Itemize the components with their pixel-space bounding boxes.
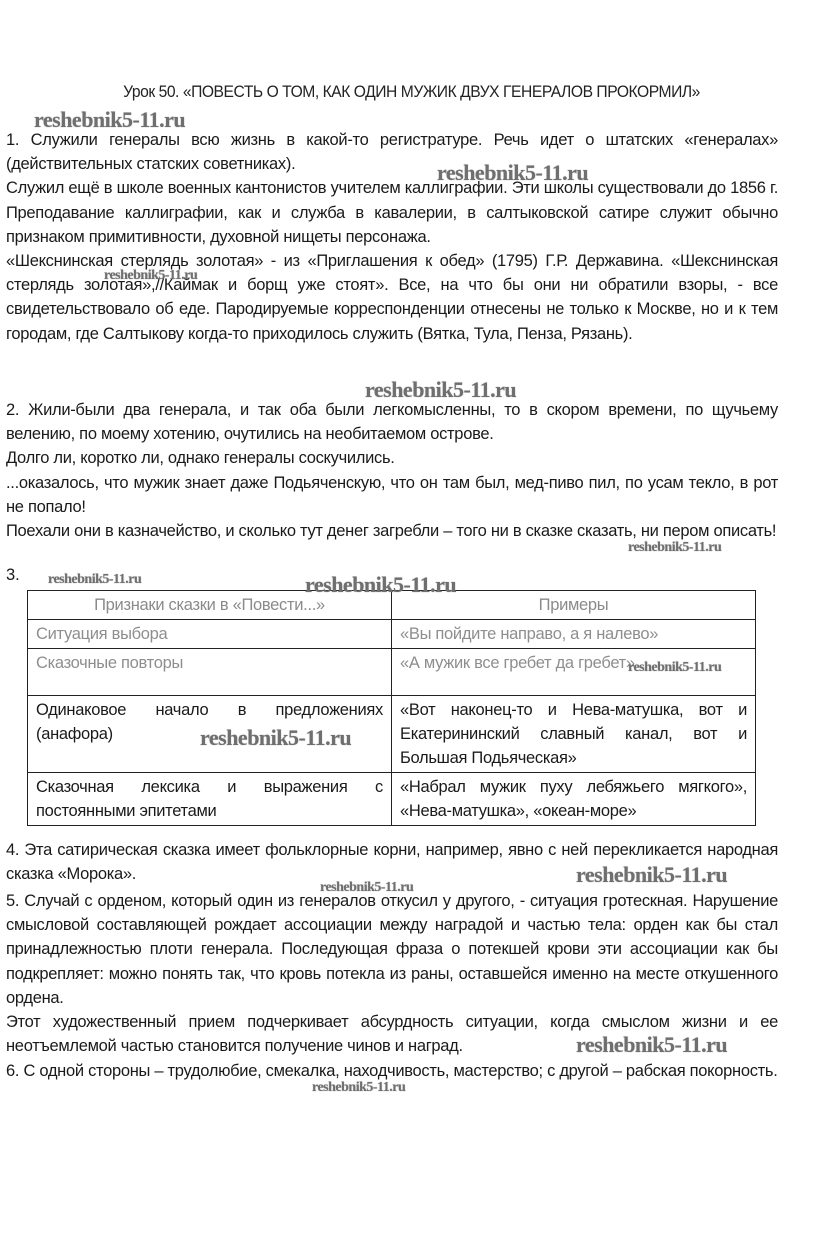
table-cell-feature: Сказочные повторы bbox=[28, 649, 392, 696]
fairy-tale-features-table: Признаки сказки в «Повести...» Примеры С… bbox=[27, 590, 756, 826]
watermark: reshebnik5-11.ru bbox=[320, 880, 413, 896]
table-row: Одинаковое начало в предложениях (анафор… bbox=[28, 696, 756, 773]
section-3-number: 3. bbox=[6, 566, 20, 585]
table-cell-example: «Вот наконец-то и Нева-матушка, вот и Ек… bbox=[392, 696, 756, 773]
section-1-p1: 1. Служили генералы всю жизнь в какой-то… bbox=[6, 128, 778, 176]
section-2-p2: Долго ли, коротко ли, однако генералы со… bbox=[6, 446, 778, 470]
watermark: reshebnik5-11.ru bbox=[312, 1080, 405, 1096]
section-1: 1. Служили генералы всю жизнь в какой-то… bbox=[6, 128, 778, 346]
section-1-p2: Служил ещё в школе военных кантонистов у… bbox=[6, 176, 778, 249]
watermark: reshebnik5-11.ru bbox=[200, 725, 351, 751]
table-row: Ситуация выбора «Вы пойдите направо, а я… bbox=[28, 620, 756, 649]
section-5-p1: 5. Случай с орденом, который один из ген… bbox=[6, 889, 778, 1010]
table-cell-example: «Набрал мужик пуху лебяжьего мягкого», «… bbox=[392, 773, 756, 826]
section-2-p3: ...оказалось, что мужик знает даже Подья… bbox=[6, 471, 778, 519]
table-row: Сказочная лексика и выражения с постоянн… bbox=[28, 773, 756, 826]
section-2-p1: 2. Жили-были два генерала, и так оба был… bbox=[6, 398, 778, 446]
watermark: reshebnik5-11.ru bbox=[437, 160, 588, 186]
document-page: Урок 50. «ПОВЕСТЬ О ТОМ, КАК ОДИН МУЖИК … bbox=[0, 0, 823, 1255]
watermark: reshebnik5-11.ru bbox=[104, 268, 197, 284]
watermark: reshebnik5-11.ru bbox=[48, 572, 141, 588]
table-cell-example: «Вы пойдите направо, а я налево» bbox=[392, 620, 756, 649]
lesson-title: Урок 50. «ПОВЕСТЬ О ТОМ, КАК ОДИН МУЖИК … bbox=[33, 82, 790, 102]
section-2: 2. Жили-были два генерала, и так оба был… bbox=[6, 398, 778, 543]
table-cell-feature: Ситуация выбора bbox=[28, 620, 392, 649]
watermark: reshebnik5-11.ru bbox=[628, 540, 721, 556]
watermark: reshebnik5-11.ru bbox=[365, 377, 516, 403]
table-cell-feature: Сказочная лексика и выражения с постоянн… bbox=[28, 773, 392, 826]
section-1-p3: «Шекснинская стерлядь золотая» - из «При… bbox=[6, 249, 778, 346]
watermark: reshebnik5-11.ru bbox=[628, 660, 721, 676]
watermark: reshebnik5-11.ru bbox=[305, 572, 456, 598]
watermark: reshebnik5-11.ru bbox=[576, 1032, 727, 1058]
watermark: reshebnik5-11.ru bbox=[576, 862, 727, 888]
watermark: reshebnik5-11.ru bbox=[34, 107, 185, 133]
